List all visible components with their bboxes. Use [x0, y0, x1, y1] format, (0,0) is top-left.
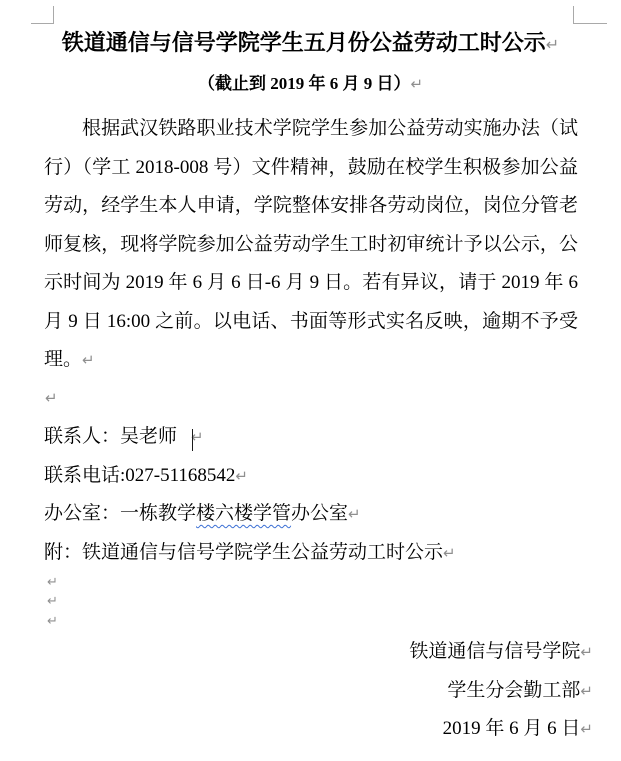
page-margin-corner-mark-right-icon [573, 6, 607, 24]
paragraph-mark-icon: ↵ [47, 594, 58, 609]
text-cursor [192, 429, 193, 451]
page-margin-corner-mark-left-icon [31, 6, 54, 24]
paragraph-mark-icon: ↵ [47, 614, 58, 629]
page-subtitle[interactable]: （截止到 2019 年 6 月 9 日）↵ [0, 70, 621, 98]
body-line[interactable]: 示时间为 2019 年 6 月 6 日-6 月 9 日。若有异议，请于 2019… [44, 264, 578, 303]
paragraph-mark-icon: ↵ [580, 682, 593, 700]
paragraph-mark-icon: ↵ [443, 544, 456, 562]
body-line[interactable]: 劳动，经学生本人申请，学院整体安排各劳动岗位，岗位分管老 [44, 187, 578, 226]
empty-paragraph[interactable]: ↵ [47, 572, 58, 591]
paragraph-mark-icon: ↵ [348, 505, 361, 523]
paragraph-mark-icon: ↵ [546, 35, 559, 54]
paragraph-mark-icon: ↵ [580, 720, 593, 738]
subtitle-text: （截止到 2019 年 6 月 9 日） [198, 74, 411, 93]
signature-org-line[interactable]: 铁道通信与信号学院↵ [409, 633, 593, 672]
paragraph-mark-icon: ↵ [410, 75, 423, 93]
attachment-line[interactable]: 附：铁道通信与信号学院学生公益劳动工时公示↵ [44, 534, 604, 573]
empty-paragraph[interactable]: ↵ [45, 379, 58, 418]
title-text: 铁道通信与信号学院学生五月份公益劳动工时公示 [62, 30, 546, 55]
body-line[interactable]: 行）（学工 2018-008 号）文件精神，鼓励在校学生积极参加公益 [44, 149, 578, 188]
body-line[interactable]: 理。↵ [44, 341, 578, 380]
paragraph-mark-icon: ↵ [45, 389, 58, 407]
empty-paragraph[interactable]: ↵ [47, 611, 58, 630]
body-line[interactable]: 月 9 日 16:00 之前。以电话、书面等形式实名反映，逾期不予受 [44, 303, 578, 342]
signature-block: 铁道通信与信号学院↵ 学生分会勤工部↵ 2019 年 6 月 6 日↵ [409, 633, 593, 749]
contact-info-block: 联系人：吴老师↵ 联系电话:027-51168542↵ 办公室：一栋教学楼六楼学… [44, 418, 604, 572]
paragraph-mark-icon: ↵ [580, 643, 593, 661]
page-title[interactable]: 铁道通信与信号学院学生五月份公益劳动工时公示↵ [0, 28, 621, 60]
body-line[interactable]: 师复核，现将学院参加公益劳动学生工时初审统计予以公示，公 [44, 226, 578, 265]
paragraph-mark-icon: ↵ [47, 575, 58, 590]
signature-date-line[interactable]: 2019 年 6 月 6 日↵ [409, 710, 593, 749]
contact-phone-line[interactable]: 联系电话:027-51168542↵ [44, 457, 604, 496]
document-page: 铁道通信与信号学院学生五月份公益劳动工时公示↵ （截止到 2019 年 6 月 … [0, 0, 621, 761]
empty-paragraphs-block: ↵ ↵ ↵ [47, 572, 58, 630]
body-paragraph[interactable]: 根据武汉铁路职业技术学院学生参加公益劳动实施办法（试 行）（学工 2018-00… [44, 110, 578, 380]
spellcheck-flagged-text: 楼六楼学管 [196, 503, 291, 524]
paragraph-mark-icon: ↵ [82, 351, 95, 369]
contact-person-line[interactable]: 联系人：吴老师↵ [44, 418, 604, 457]
empty-paragraph[interactable]: ↵ [47, 591, 58, 610]
paragraph-mark-icon: ↵ [235, 467, 248, 485]
signature-dept-line[interactable]: 学生分会勤工部↵ [409, 672, 593, 711]
office-location-line[interactable]: 办公室：一栋教学楼六楼学管办公室↵ [44, 495, 604, 534]
body-line[interactable]: 根据武汉铁路职业技术学院学生参加公益劳动实施办法（试 [44, 110, 578, 149]
